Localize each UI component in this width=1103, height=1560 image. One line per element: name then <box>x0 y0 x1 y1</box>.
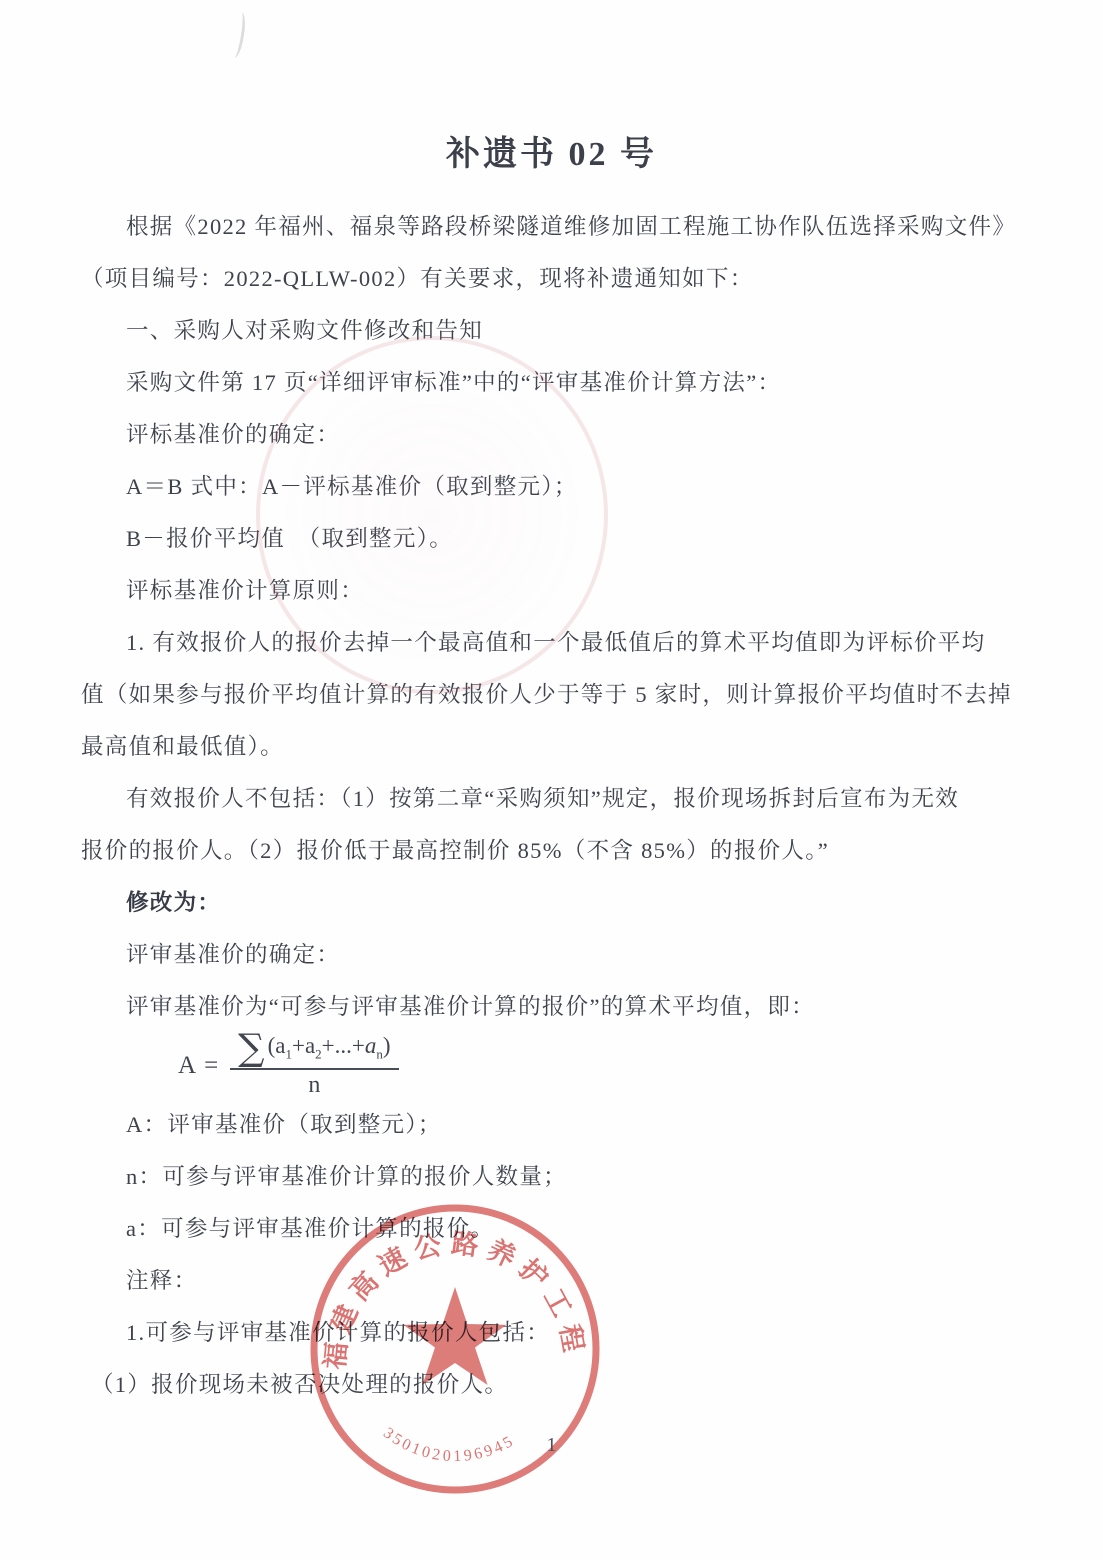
numerator-part: (a <box>268 1033 286 1058</box>
formula-fraction: ∑ (a1+a2+...+an) n <box>230 1031 398 1101</box>
page-number: 1 <box>0 1434 1103 1457</box>
text-line: 评审基准价的确定： <box>81 929 1053 981</box>
text-line: 最高值和最低值）。 <box>81 721 1053 773</box>
text-line: 报价的报价人。（2）报价低于最高控制价 85%（不含 85%）的报价人。” <box>81 825 1053 877</box>
numerator-part: +...+ <box>322 1033 365 1058</box>
numerator-part: ) <box>383 1033 391 1058</box>
formula-denominator: n <box>308 1070 320 1101</box>
document-page: 补遗书 02 号 根据《2022 年福州、福泉等路段桥梁隧道维修加固工程施工协作… <box>0 0 1103 1560</box>
text-line: （项目编号：2022-QLLW-002）有关要求，现将补遗通知如下： <box>81 253 1053 305</box>
formula-numerator: ∑ (a1+a2+...+an) <box>230 1031 398 1068</box>
section-heading: 一、采购人对采购文件修改和告知 <box>81 305 1053 357</box>
benchmark-price-formula: A = ∑ (a1+a2+...+an) n <box>178 1033 1053 1099</box>
text-line: n：可参与评审基准价计算的报价人数量； <box>81 1151 1053 1203</box>
seal-star-icon <box>404 1287 507 1385</box>
text-line: 有效报价人不包括：（1）按第二章“采购须知”规定，报价现场拆封后宣布为无效 <box>81 773 1053 825</box>
text-line: 根据《2022 年福州、福泉等路段桥梁隧道维修加固工程施工协作队伍选择采购文件》 <box>81 201 1053 253</box>
text-line: 评审基准价为“可参与评审基准价计算的报价”的算术平均值，即： <box>81 981 1053 1033</box>
formula-equals: = <box>204 1052 218 1080</box>
modified-to-heading: 修改为： <box>81 877 1053 929</box>
numerator-text: (a1+a2+...+an) <box>268 1034 391 1061</box>
sigma-symbol: ∑ <box>238 1031 264 1064</box>
numerator-part: +a <box>292 1033 315 1058</box>
formula-lhs: A <box>178 1052 196 1080</box>
text-line: 值（如果参与报价平均值计算的有效报价人少于等于 5 家时，则计算报价平均值时不去… <box>81 669 1053 721</box>
numerator-part: a <box>365 1033 377 1058</box>
faint-stamp-impression <box>256 336 608 694</box>
text-line: A：评审基准价（取到整元）； <box>81 1099 1053 1151</box>
document-title: 补遗书 02 号 <box>0 0 1103 175</box>
